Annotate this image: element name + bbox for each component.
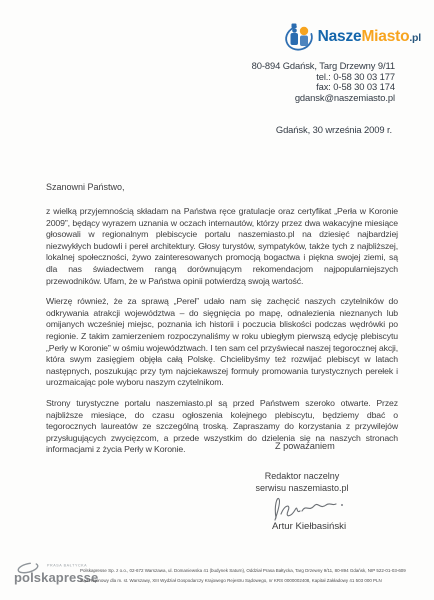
naszemiasto-logo-icon xyxy=(284,20,314,54)
logo-text-miasto: Miasto xyxy=(361,28,409,45)
contact-block: 80-894 Gdańsk, Targ Drzewny 9/11 tel.: 0… xyxy=(252,61,395,104)
logo-text-nasze: Nasze xyxy=(318,28,362,45)
paragraph-1: z wielką przyjemnością składam na Państw… xyxy=(46,206,398,287)
footer-legal-line1: Polskapresse Sp. z o.o., 02-672 Warszawa… xyxy=(80,566,406,576)
footer-legal-text: Polskapresse Sp. z o.o., 02-672 Warszawa… xyxy=(80,566,406,586)
naszemiasto-logo-text: NaszeMiasto.pl xyxy=(318,28,421,46)
signatory-name: Artur Kiełbasiński xyxy=(272,521,346,532)
closing-phrase: Z poważaniem xyxy=(275,441,335,451)
footer-legal-line2: Sąd Rejonowy dla m. st. Warszawy, XIII W… xyxy=(80,576,406,586)
dateline: Gdańsk, 30 września 2009 r. xyxy=(276,124,392,135)
naszemiasto-logo: NaszeMiasto.pl xyxy=(284,20,421,54)
signature-titles: Redaktor naczelny serwisu naszemiasto.pl xyxy=(252,470,352,494)
signature-title-line1: Redaktor naczelny xyxy=(252,470,352,482)
logo-text-pl: .pl xyxy=(409,32,421,44)
letter-page: NaszeMiasto.pl 80-894 Gdańsk, Targ Drzew… xyxy=(0,0,434,600)
paragraph-2: Wierzę również, że za sprawą „Pereł” uda… xyxy=(46,296,398,389)
paragraph-3: Strony turystyczne portalu naszemiasto.p… xyxy=(46,398,398,456)
salutation: Szanowni Państwo, xyxy=(46,182,398,192)
contact-email-line: gdansk@naszemiasto.pl xyxy=(252,93,395,104)
letter-body: Szanowni Państwo, z wielką przyjemnością… xyxy=(46,182,398,465)
